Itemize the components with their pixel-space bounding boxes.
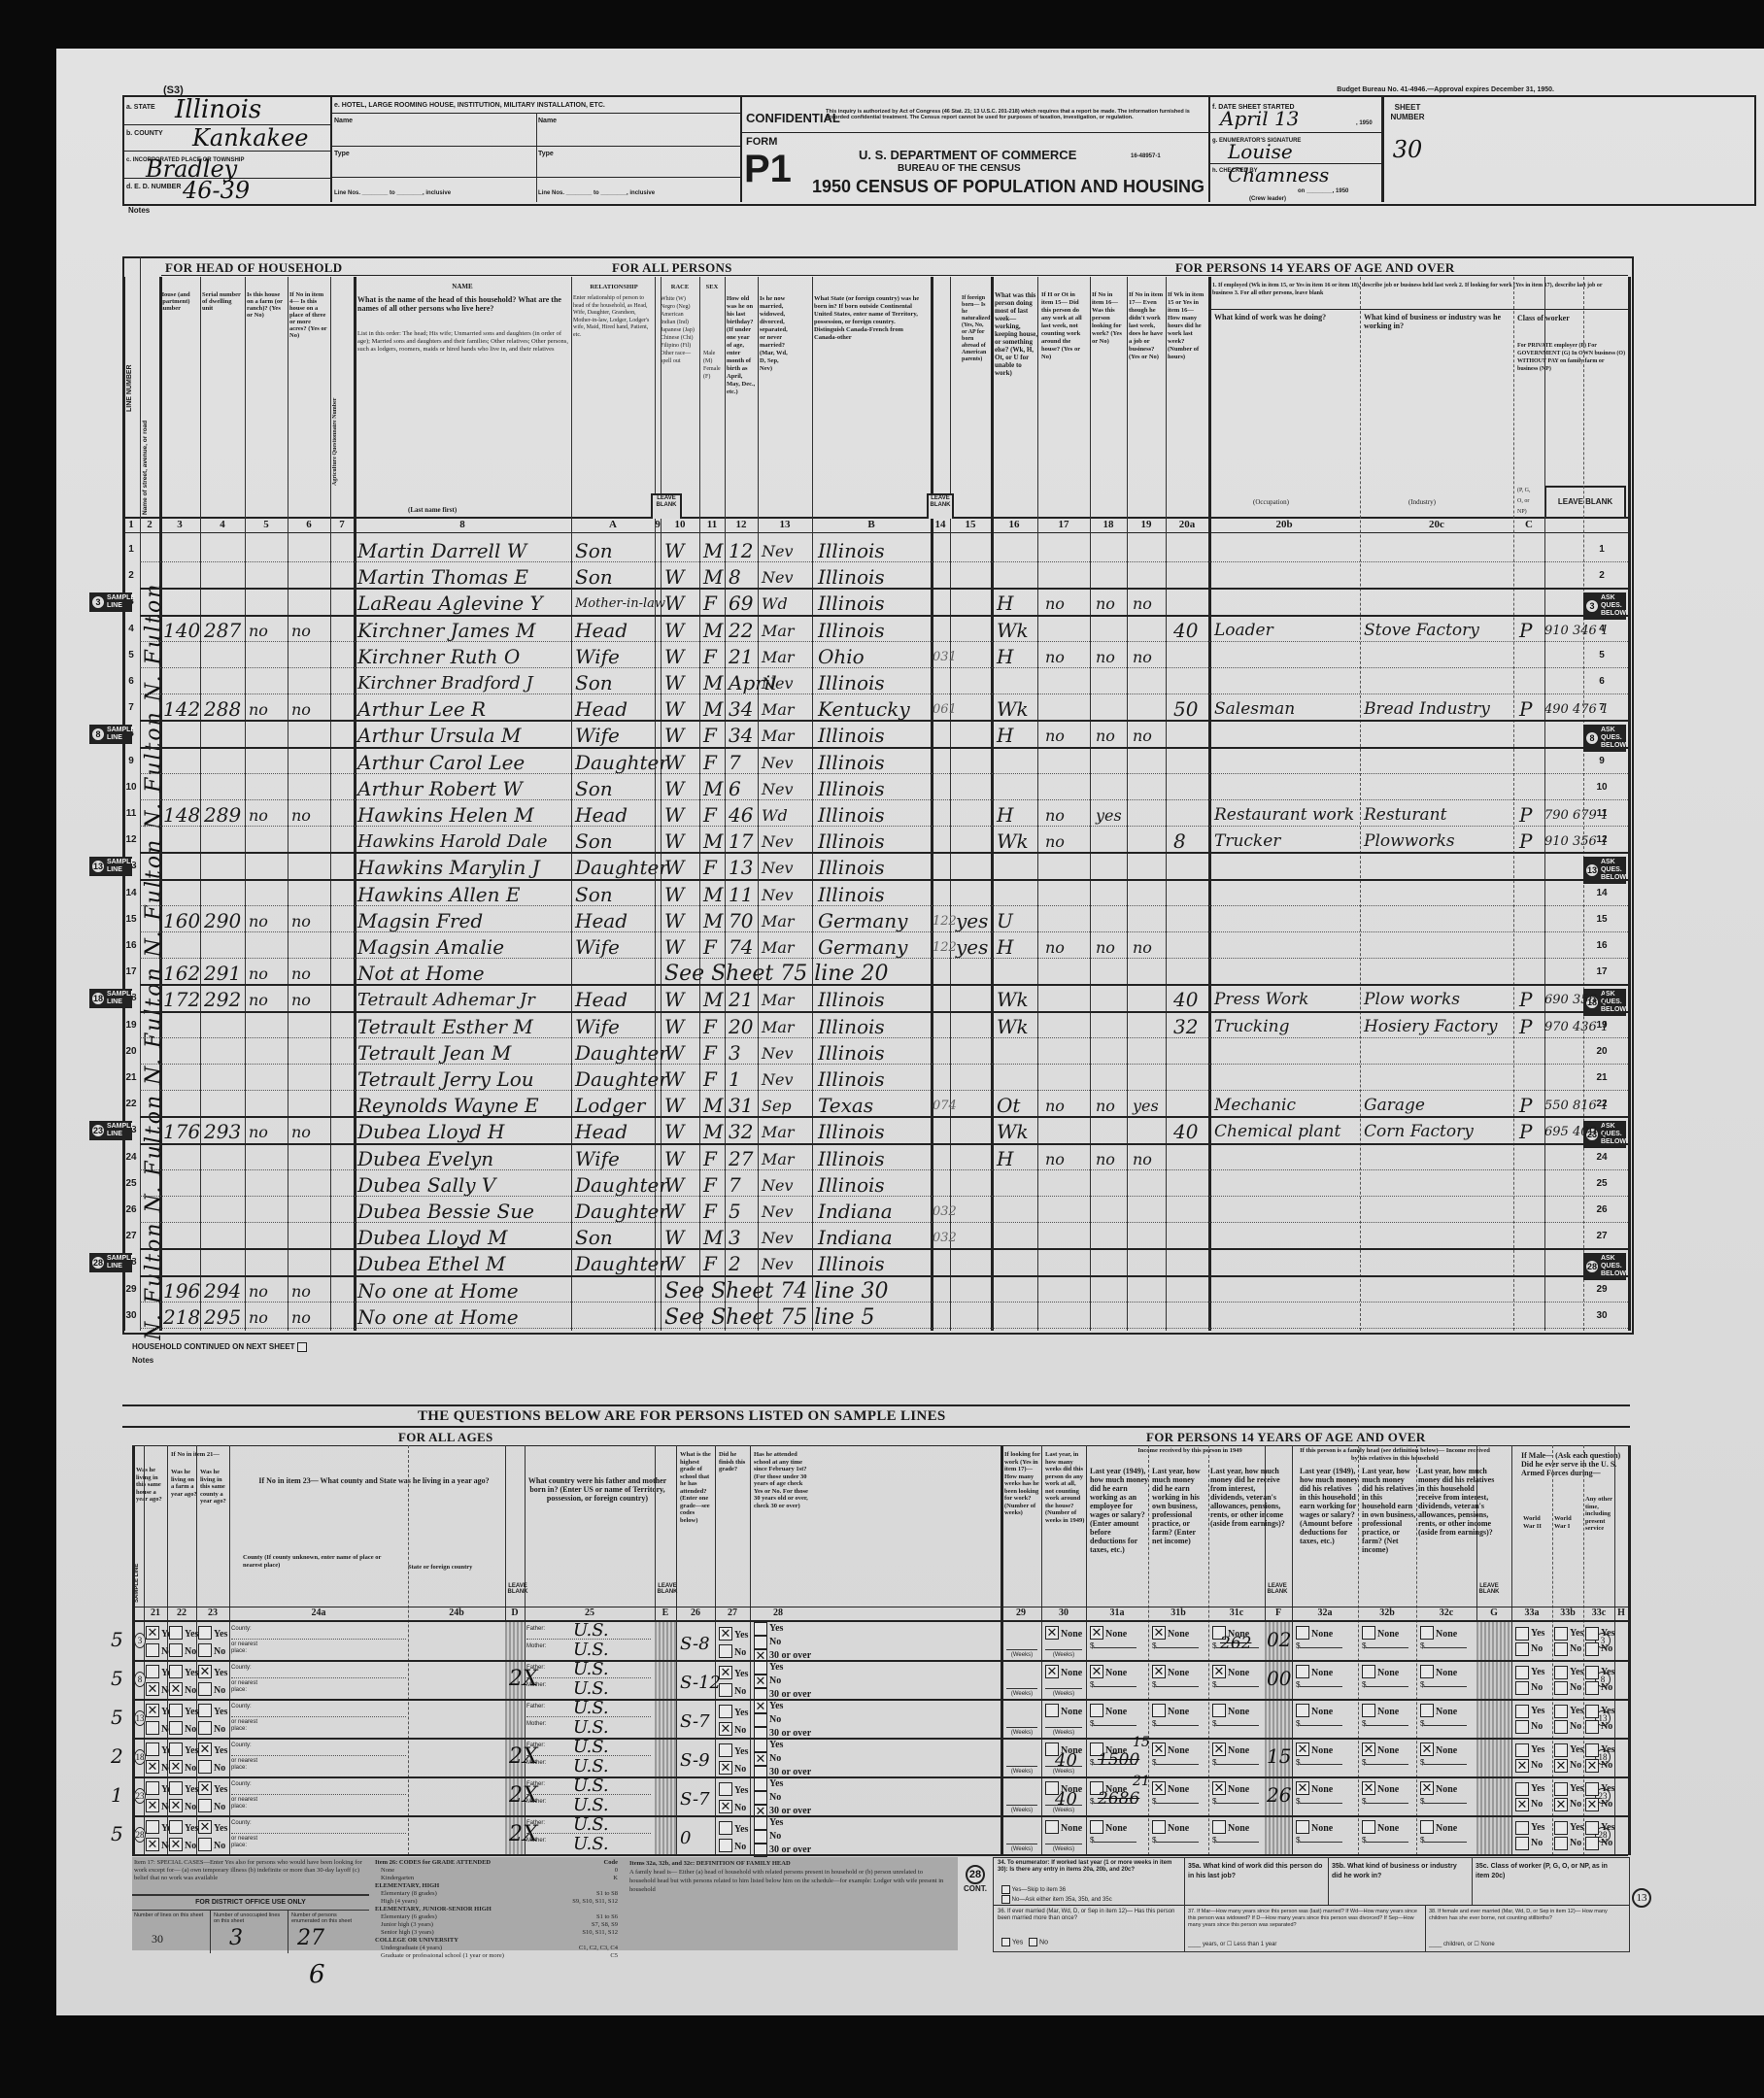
q28-no-checkbox[interactable]	[754, 1713, 767, 1727]
col20c-foot: (P, G, O, or NP)	[1517, 486, 1537, 518]
family-head-definition: Items 32a, 32b, and 32c: DEFINITION OF F…	[629, 1859, 950, 1894]
q36: 36. If ever married (Mar, Wd, D, or Sep …	[998, 1909, 1178, 1922]
q31b-none-checkbox[interactable]	[1152, 1781, 1166, 1795]
q22-no-checkbox[interactable]	[169, 1799, 183, 1812]
table-row: 2424Dubea EvelynWifeWF27MarIllinoisHnono…	[0, 1144, 1764, 1172]
q35a: 35a. What kind of work did this person d…	[1188, 1862, 1324, 1881]
q22-yes-checkbox[interactable]	[169, 1820, 183, 1834]
line-number: 11	[122, 808, 140, 819]
q21-yes-checkbox[interactable]	[146, 1704, 159, 1717]
marital-status: Mar	[762, 721, 795, 749]
q32b-none-checkbox[interactable]	[1362, 1665, 1375, 1678]
sample-margin-note: 5	[111, 1822, 123, 1845]
q22-yes-checkbox[interactable]	[169, 1665, 183, 1678]
birthplace: Illinois	[818, 774, 885, 802]
q32b-none-checkbox[interactable]	[1362, 1781, 1375, 1795]
line-number: 26	[122, 1204, 140, 1215]
birthplace: Illinois	[818, 616, 885, 644]
q33b-no-checkbox[interactable]	[1554, 1798, 1568, 1811]
q30-none-checkbox[interactable]	[1045, 1820, 1059, 1834]
q32b-none-checkbox[interactable]	[1362, 1704, 1375, 1717]
activity: H	[997, 721, 1013, 749]
house-number: 218	[163, 1303, 200, 1331]
q33b-options: YesNo	[1554, 1665, 1583, 1696]
race: W	[664, 1223, 685, 1251]
column-number-17: 17	[1049, 519, 1078, 530]
q27-no-checkbox[interactable]	[719, 1683, 732, 1697]
q31c-none-checkbox[interactable]	[1212, 1820, 1226, 1834]
hours-worked: 40	[1173, 616, 1198, 644]
sample-column-number-32a: 32a	[1310, 1607, 1340, 1618]
birthplace-code: 032	[933, 1223, 957, 1251]
marital-status: Mar	[762, 616, 795, 644]
line-number: 5	[1593, 650, 1611, 660]
q27-yes-checkbox[interactable]	[719, 1705, 732, 1718]
q31c-none-checkbox[interactable]	[1212, 1781, 1226, 1795]
sample-column-number-31c: 31c	[1222, 1607, 1251, 1618]
q27-yes-checkbox[interactable]	[719, 1627, 732, 1641]
person-name: Tetrault Adhemar Jr	[357, 985, 535, 1013]
q33a-no-checkbox[interactable]	[1515, 1681, 1529, 1695]
q23-options: YesNo	[198, 1780, 227, 1815]
col19-header: If Wk in item 15 or Yes in item 16— How …	[1168, 291, 1206, 361]
table-row: 282828 SAMPLE LINE28 ASK QUES. BELOWDube…	[0, 1249, 1764, 1277]
sample-column-number-27: 27	[718, 1607, 747, 1618]
sex: M	[703, 694, 723, 723]
q28-yes-checkbox[interactable]	[754, 1661, 767, 1675]
q22-no-checkbox[interactable]	[169, 1838, 183, 1851]
q21-no-checkbox[interactable]	[146, 1643, 159, 1657]
notes-label: Notes	[132, 1356, 153, 1366]
house-number: 160	[163, 906, 200, 934]
q21-no-checkbox[interactable]	[146, 1682, 159, 1696]
col3-header: Serial number of dwelling unit	[202, 291, 243, 312]
q33c-yes-checkbox[interactable]	[1585, 1821, 1599, 1835]
q34-no-checkbox[interactable]	[1001, 1895, 1010, 1904]
q23-no-checkbox[interactable]	[198, 1643, 212, 1657]
q32a-none-checkbox[interactable]	[1296, 1743, 1309, 1756]
q33a-yes-checkbox[interactable]	[1515, 1666, 1529, 1679]
birthplace: Illinois	[818, 589, 885, 617]
person-name: Kirchner Ruth O	[357, 642, 520, 670]
q33b-no-checkbox[interactable]	[1554, 1681, 1568, 1695]
sample-line-badge: 28 SAMPLE LINE	[89, 1253, 132, 1272]
sex: M	[703, 906, 723, 934]
q23-no-checkbox[interactable]	[198, 1799, 212, 1812]
q33c-yes-checkbox[interactable]	[1585, 1782, 1599, 1796]
q23-yes-checkbox[interactable]	[198, 1743, 212, 1756]
q33c-no-checkbox[interactable]	[1585, 1837, 1599, 1850]
q21-no-checkbox[interactable]	[146, 1838, 159, 1851]
age: 1	[729, 1065, 741, 1093]
relationship: Wife	[575, 721, 620, 749]
q30-weeks: (Weeks)	[1045, 1688, 1082, 1699]
q33a-no-checkbox[interactable]	[1515, 1720, 1529, 1734]
q31b-none-checkbox[interactable]	[1152, 1820, 1166, 1834]
q33c-no-checkbox[interactable]	[1585, 1642, 1599, 1656]
q31c-none-checkbox[interactable]	[1212, 1743, 1226, 1756]
q33c-options: YesNo	[1585, 1665, 1614, 1696]
q28-options: YesNo30 or over	[754, 1622, 811, 1663]
birthplace: Illinois	[818, 880, 885, 908]
q23-no-checkbox[interactable]	[198, 1760, 212, 1774]
sample-header-q24b: State or foreign country	[408, 1564, 544, 1572]
q22-no-checkbox[interactable]	[169, 1721, 183, 1735]
marital-status: Mar	[762, 1117, 795, 1145]
age: 3	[729, 1223, 741, 1251]
q23-yes-checkbox[interactable]	[198, 1626, 212, 1640]
line-number: 30	[122, 1310, 140, 1321]
sex: M	[703, 827, 723, 855]
sample-header-q26: What is the highest grade of school that…	[680, 1451, 713, 1524]
q37-options: ____ years, or ☐ Less than 1 year	[1188, 1940, 1276, 1949]
q33c-no-checkbox[interactable]	[1585, 1798, 1599, 1811]
q32a-none-checkbox[interactable]	[1296, 1665, 1309, 1678]
mother-birthplace: U.S.	[573, 1795, 609, 1815]
q21-yes-checkbox[interactable]	[146, 1820, 159, 1834]
sample-line-badge: 3 SAMPLE LINE	[89, 592, 132, 612]
house-number: 176	[163, 1117, 200, 1145]
q28-options: YesNo30 or over	[754, 1661, 811, 1702]
q28-no-checkbox[interactable]	[754, 1752, 767, 1766]
q24-nearest-label: or nearest place:	[231, 1680, 270, 1694]
household-continued-checkbox[interactable]	[297, 1342, 307, 1352]
q35c: 35c. Class of worker (P, G, O, or NP, as…	[1476, 1862, 1621, 1881]
hotel-type-label-1: Type	[334, 150, 350, 159]
birthplace: Illinois	[818, 1249, 885, 1277]
q31b-none: None	[1152, 1779, 1189, 1797]
q34-yes-checkbox[interactable]	[1001, 1885, 1010, 1894]
q33a-no-checkbox[interactable]	[1515, 1798, 1529, 1811]
q27-yes-checkbox[interactable]	[719, 1743, 732, 1757]
age: 7	[729, 1170, 741, 1199]
age: 34	[729, 694, 753, 723]
q28-no-checkbox[interactable]	[754, 1636, 767, 1649]
line-nos-1: Line Nos. ________ to ________, inclusiv…	[334, 188, 451, 198]
q23-yes-checkbox[interactable]	[198, 1704, 212, 1717]
q21-yes-checkbox[interactable]	[146, 1626, 159, 1640]
q31b-none-checkbox[interactable]	[1152, 1626, 1166, 1640]
sample-line-badge: 8 SAMPLE LINE	[89, 725, 132, 744]
age: 70	[729, 906, 753, 934]
sample-header-q27: Did he finish this grade?	[719, 1451, 748, 1473]
q33c-no-checkbox[interactable]	[1585, 1681, 1599, 1695]
person-name: Dubea Evelyn	[357, 1144, 493, 1172]
q22-yes-checkbox[interactable]	[169, 1743, 183, 1756]
q30-weeks: (Weeks)	[1045, 1805, 1082, 1815]
leave-blank-f-value: 02	[1267, 1628, 1291, 1651]
q32c-none-checkbox[interactable]	[1420, 1665, 1434, 1678]
q32a-none-checkbox[interactable]	[1296, 1704, 1309, 1717]
q30-none-checkbox[interactable]	[1045, 1704, 1059, 1717]
q31c-none-checkbox[interactable]	[1212, 1665, 1226, 1678]
birthplace: Illinois	[818, 748, 885, 776]
worked-last-week: no	[1045, 827, 1065, 855]
line-number: 20	[122, 1046, 140, 1057]
q30-none-checkbox[interactable]	[1045, 1665, 1059, 1678]
q37: 37. If Mar—How many years since this per…	[1188, 1909, 1421, 1929]
race: W	[664, 1249, 685, 1277]
bureau: BUREAU OF THE CENSUS	[898, 163, 1021, 174]
sex: M	[703, 985, 723, 1013]
q28-yes-checkbox[interactable]	[754, 1816, 767, 1830]
person-name: Tetrault Jean M	[357, 1038, 511, 1066]
q33b-no-checkbox[interactable]	[1554, 1759, 1568, 1773]
q27-no-checkbox[interactable]	[719, 1761, 732, 1775]
q33a-yes-checkbox[interactable]	[1515, 1743, 1529, 1757]
age: 3	[729, 1038, 741, 1066]
q32c-none-checkbox[interactable]	[1420, 1820, 1434, 1834]
q31b-none-checkbox[interactable]	[1152, 1704, 1166, 1717]
q33c-yes-checkbox[interactable]	[1585, 1627, 1599, 1641]
line-number: 4	[122, 624, 140, 634]
has-job: no	[1133, 1144, 1152, 1172]
hotel-block: e. HOTEL, LARGE ROOMING HOUSE, INSTITUTI…	[332, 97, 742, 202]
sex: M	[703, 774, 723, 802]
sample-header-q30: Last year, in how many weeks did this pe…	[1045, 1451, 1086, 1524]
marital-status: Wd	[762, 800, 788, 829]
q33b-yes-checkbox[interactable]	[1554, 1666, 1568, 1679]
birthplace: Illinois	[818, 1065, 885, 1093]
marital-status: Nev	[762, 1223, 794, 1251]
q23-yes-checkbox[interactable]	[198, 1781, 212, 1795]
q21-yes-checkbox[interactable]	[146, 1665, 159, 1678]
grade-codes: Item 26: CODES for GRADE ATTENDEDCode No…	[375, 1859, 618, 1960]
q33a-yes-checkbox[interactable]	[1515, 1627, 1529, 1641]
q36-yes-checkbox[interactable]	[1001, 1938, 1010, 1946]
q28-no-checkbox[interactable]	[754, 1675, 767, 1688]
q27-options: YesNo	[719, 1704, 748, 1739]
q21-yes-checkbox[interactable]	[146, 1781, 159, 1795]
race: W	[664, 589, 685, 617]
q30-none: None	[1045, 1663, 1082, 1680]
q32b-none-checkbox[interactable]	[1362, 1743, 1375, 1756]
highest-grade: 0	[680, 1828, 691, 1848]
form-code: (S3)	[163, 85, 184, 95]
q33c-yes-checkbox[interactable]	[1585, 1743, 1599, 1757]
q31a-none-checkbox[interactable]	[1090, 1704, 1103, 1717]
q22-options: YesNo	[169, 1625, 198, 1660]
q32c-none-checkbox[interactable]	[1420, 1743, 1434, 1756]
q27-no-checkbox[interactable]	[719, 1800, 732, 1813]
q22-yes-checkbox[interactable]	[169, 1626, 183, 1640]
grade-codes-title: Item 26: CODES for GRADE ATTENDEDCode	[375, 1859, 618, 1867]
q22-no-checkbox[interactable]	[169, 1760, 183, 1774]
q33b-yes-checkbox[interactable]	[1554, 1743, 1568, 1757]
occupation: Loader	[1214, 616, 1273, 644]
q22-yes-checkbox[interactable]	[169, 1704, 183, 1717]
relationship: Wife	[575, 932, 620, 961]
relationship: Mother-in-law	[575, 589, 665, 617]
line-number: 19	[122, 1020, 140, 1031]
sample-column-number-29: 29	[1006, 1607, 1035, 1618]
q33b-no-checkbox[interactable]	[1554, 1720, 1568, 1734]
q32c-none: None	[1420, 1818, 1457, 1836]
q22-options: YesNo	[169, 1703, 198, 1738]
birthplace: Illinois	[818, 1012, 885, 1040]
line-number: 29	[1593, 1284, 1611, 1295]
q21-no-checkbox[interactable]	[146, 1760, 159, 1774]
q36-no-checkbox[interactable]	[1029, 1938, 1037, 1946]
line-number: 25	[1593, 1178, 1611, 1189]
q31c-none-checkbox[interactable]	[1212, 1704, 1226, 1717]
farm-answer: no	[249, 694, 268, 723]
sample-column-number-31b: 31b	[1164, 1607, 1193, 1618]
person-name: Tetrault Esther M	[357, 1012, 533, 1040]
sample-header-q32b: Last year, how much money did his relati…	[1362, 1467, 1416, 1554]
q33b-yes-checkbox[interactable]	[1554, 1705, 1568, 1718]
q28-yes-checkbox[interactable]	[754, 1622, 767, 1636]
q33a-yes-checkbox[interactable]	[1515, 1705, 1529, 1718]
q23-no-checkbox[interactable]	[198, 1721, 212, 1735]
q21-no-checkbox[interactable]	[146, 1721, 159, 1735]
q31a-none-checkbox[interactable]	[1090, 1665, 1103, 1678]
mother-label: Mother:	[526, 1836, 546, 1845]
sample-column-number-33a: 33a	[1517, 1607, 1546, 1618]
relationship: Son	[575, 562, 613, 591]
q32b-none: None	[1362, 1702, 1399, 1719]
col2-header: House (and apartment) number	[159, 291, 198, 312]
sex: M	[703, 1091, 723, 1119]
q23-yes-checkbox[interactable]	[198, 1820, 212, 1834]
q33c-no-checkbox[interactable]	[1585, 1759, 1599, 1773]
marital-status: Nev	[762, 774, 794, 802]
sample-column-number-21: 21	[141, 1607, 170, 1618]
col6-header: Agriculture Questionnaire Number	[332, 291, 350, 486]
q33a-no-checkbox[interactable]	[1515, 1642, 1529, 1656]
serial-number: 287	[204, 616, 241, 644]
q23-yes-checkbox[interactable]	[198, 1665, 212, 1678]
q23-no-checkbox[interactable]	[198, 1682, 212, 1696]
race: W	[664, 1012, 685, 1040]
q32c-none-checkbox[interactable]	[1420, 1781, 1434, 1795]
date-year: , 1950	[1356, 118, 1373, 128]
person-name: Dubea Ethel M	[357, 1249, 505, 1277]
table-row: 181818 SAMPLE LINE18 ASK QUES. BELOW1722…	[0, 985, 1764, 1013]
ed-label: d. E. D. NUMBER	[126, 183, 181, 192]
age: 27	[729, 1144, 753, 1172]
q31b-none: None	[1152, 1663, 1189, 1680]
q28-yes-checkbox[interactable]	[754, 1700, 767, 1713]
father-birthplace: U.S.	[573, 1620, 609, 1641]
line-number: 15	[122, 914, 140, 925]
person-name: Kirchner James M	[357, 616, 535, 644]
occupation: Salesman	[1214, 694, 1295, 723]
serial-number: 291	[204, 959, 241, 987]
q33a-yes-checkbox[interactable]	[1515, 1782, 1529, 1796]
q28-no-checkbox[interactable]	[754, 1791, 767, 1805]
q33a-options: YesNo	[1515, 1704, 1544, 1735]
looking-for-work: no	[1096, 932, 1115, 961]
q31b-none-checkbox[interactable]	[1152, 1743, 1166, 1756]
q32a-none-checkbox[interactable]	[1296, 1820, 1309, 1834]
q28-yes-checkbox[interactable]	[754, 1777, 767, 1791]
q31b-none-checkbox[interactable]	[1152, 1665, 1166, 1678]
q32b-none-checkbox[interactable]	[1362, 1820, 1375, 1834]
q32c-none-checkbox[interactable]	[1420, 1704, 1434, 1717]
line-number: 7	[122, 702, 140, 713]
birthplace: Illinois	[818, 985, 885, 1013]
q33a-no-checkbox[interactable]	[1515, 1837, 1529, 1850]
q21-no-checkbox[interactable]	[146, 1799, 159, 1812]
q28-no-checkbox[interactable]	[754, 1830, 767, 1844]
q33a-options: YesNo	[1515, 1626, 1544, 1657]
acres-answer: no	[291, 1303, 311, 1331]
q32a-none-checkbox[interactable]	[1296, 1626, 1309, 1640]
q31a-none: None	[1090, 1663, 1127, 1680]
q32b-none: None	[1362, 1663, 1399, 1680]
q27-yes-checkbox[interactable]	[719, 1821, 732, 1835]
q27-yes-checkbox[interactable]	[719, 1666, 732, 1679]
relationship: Daughter	[575, 1197, 668, 1225]
col20-instructions: 1. If employed (Wk in item 15, or Yes in…	[1212, 282, 1620, 297]
q27-no-checkbox[interactable]	[719, 1722, 732, 1736]
q21-yes-checkbox[interactable]	[146, 1743, 159, 1756]
q32a-none: None	[1296, 1818, 1333, 1836]
q33c-yes-checkbox[interactable]	[1585, 1666, 1599, 1679]
q32a-none-checkbox[interactable]	[1296, 1781, 1309, 1795]
sex: F	[703, 721, 717, 749]
q22-no-checkbox[interactable]	[169, 1682, 183, 1696]
birthplace: Illinois	[818, 800, 885, 829]
q27-no-checkbox[interactable]	[719, 1839, 732, 1852]
q28-yes-checkbox[interactable]	[754, 1739, 767, 1752]
q33b-no-checkbox[interactable]	[1554, 1837, 1568, 1850]
marital-status: Sep	[762, 1091, 792, 1119]
father-birthplace: U.S.	[573, 1737, 609, 1757]
q33b-yes-checkbox[interactable]	[1554, 1627, 1568, 1641]
house-number: 172	[163, 985, 200, 1013]
q33a-yes-checkbox[interactable]	[1515, 1821, 1529, 1835]
special-cases: Item 17: SPECIAL CASES—Enter Yes also fo…	[134, 1859, 367, 1882]
grade-code-item: KindergartenK	[375, 1875, 618, 1882]
department: U. S. DEPARTMENT OF COMMERCE	[859, 148, 1076, 162]
q33b-yes-checkbox[interactable]	[1554, 1782, 1568, 1796]
sample-line-number: 13	[134, 1709, 146, 1727]
acres-answer: no	[291, 1117, 311, 1145]
q27-yes-checkbox[interactable]	[719, 1782, 732, 1796]
q33a-no-checkbox[interactable]	[1515, 1759, 1529, 1773]
line-nos-2: Line Nos. ________ to ________, inclusiv…	[538, 188, 655, 198]
relationship: Son	[575, 880, 613, 908]
q31a-none-checkbox[interactable]	[1090, 1820, 1103, 1834]
industry: Stove Factory	[1364, 616, 1479, 644]
q30-none-checkbox[interactable]	[1045, 1626, 1059, 1640]
sample-header-q22: Was he living on a farm a year ago?	[171, 1469, 198, 1498]
race: W	[664, 1144, 685, 1172]
q33b-no-checkbox[interactable]	[1554, 1642, 1568, 1656]
q33c-no-checkbox[interactable]	[1585, 1720, 1599, 1734]
house-number: 148	[163, 800, 200, 829]
person-name: Dubea Lloyd M	[357, 1223, 508, 1251]
q23-no-checkbox[interactable]	[198, 1838, 212, 1851]
q22-yes-checkbox[interactable]	[169, 1781, 183, 1795]
column-number-6: 6	[294, 519, 323, 530]
q31a-none-checkbox[interactable]	[1090, 1626, 1103, 1640]
acres-answer: no	[291, 985, 311, 1013]
activity: Wk	[997, 1117, 1029, 1145]
q33c-yes-checkbox[interactable]	[1585, 1705, 1599, 1718]
q33b-yes-checkbox[interactable]	[1554, 1821, 1568, 1835]
line-number: 1	[1593, 544, 1611, 555]
sample-leave-blank-f: LEAVE BLANK	[1265, 1583, 1290, 1595]
q32b-none-checkbox[interactable]	[1362, 1626, 1375, 1640]
q22-no-checkbox[interactable]	[169, 1643, 183, 1657]
farm-answer: no	[249, 985, 268, 1013]
birthplace-code: 074	[933, 1091, 957, 1119]
q32c-none-checkbox[interactable]	[1420, 1626, 1434, 1640]
q27-no-checkbox[interactable]	[719, 1644, 732, 1658]
